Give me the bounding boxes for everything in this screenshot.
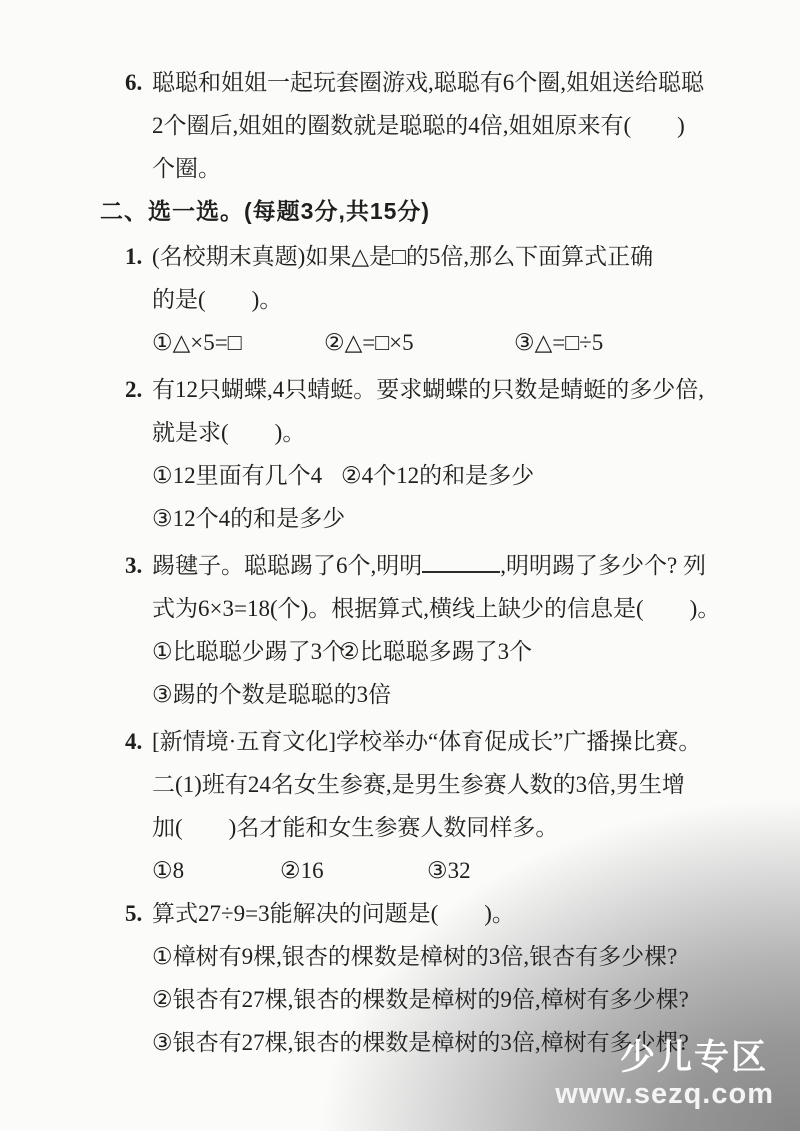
question-3-line-1-pre: 踢毽子。聪聪踢了6个,明明	[152, 553, 422, 578]
question-1: 1. (名校期末真题)如果△是□的5倍,那么下面算式正确 的是( )。 ①△×5…	[125, 235, 770, 364]
question-3-line-1-post: ,明明踢了多少个? 列	[500, 553, 706, 578]
watermark-site-url: www.sezq.com	[555, 1080, 774, 1109]
question-4-option-1: ①8	[152, 849, 280, 892]
question-6-line-1: 聪聪和姐姐一起玩套圈游戏,聪聪有6个圈,姐姐送给聪聪	[152, 61, 770, 104]
question-3-line-2: 式为6×3=18(个)。根据算式,横线上缺少的信息是( )。	[152, 587, 770, 630]
question-4-option-2: ②16	[280, 849, 427, 892]
question-3-number: 3.	[125, 544, 152, 587]
question-3-option-1: ①比聪聪少踢了3个	[152, 630, 339, 673]
question-1-options: ①△×5=□ ②△=□×5 ③△=□÷5	[152, 321, 770, 364]
answer-blank-underline	[422, 567, 500, 573]
question-5-line-1: 算式27÷9=3能解决的问题是( )。	[152, 892, 770, 935]
question-5-option-1: ①樟树有9棵,银杏的棵数是樟树的3倍,银杏有多少棵?	[152, 935, 770, 978]
question-1-option-2: ②△=□×5	[324, 321, 514, 364]
question-1-number: 1.	[125, 235, 152, 278]
question-3: 3. 踢毽子。聪聪踢了6个,明明,明明踢了多少个? 列 式为6×3=18(个)。…	[125, 544, 770, 716]
question-2-options-row-1: ①12里面有几个4 ②4个12的和是多少	[152, 454, 770, 497]
question-4-option-3: ③32	[427, 849, 471, 892]
question-3-options-row-1: ①比聪聪少踢了3个 ②比聪聪多踢了3个	[152, 630, 770, 673]
question-3-line-1: 踢毽子。聪聪踢了6个,明明,明明踢了多少个? 列	[152, 544, 770, 587]
question-4-line-3: 加( )名才能和女生参赛人数同样多。	[152, 806, 770, 849]
question-4-number: 4.	[125, 720, 152, 763]
section-2-header: 二、选一选。(每题3分,共15分)	[100, 190, 770, 233]
question-2-option-3: ③12个4的和是多少	[152, 497, 770, 540]
question-5-number: 5.	[125, 892, 152, 935]
question-4-line-1: [新情境·五育文化]学校举办“体育促成长”广播操比赛。	[152, 720, 770, 763]
question-1-option-3: ③△=□÷5	[514, 321, 603, 364]
question-6: 6. 聪聪和姐姐一起玩套圈游戏,聪聪有6个圈,姐姐送给聪聪 2个圈后,姐姐的圈数…	[125, 61, 770, 190]
question-1-option-1: ①△×5=□	[152, 321, 324, 364]
worksheet-content: 6. 聪聪和姐姐一起玩套圈游戏,聪聪有6个圈,姐姐送给聪聪 2个圈后,姐姐的圈数…	[0, 0, 800, 1064]
watermark-brand: 少儿专区	[620, 1040, 768, 1075]
question-6-line-3: 个圈。	[152, 147, 770, 190]
question-2-line-2: 就是求( )。	[152, 411, 770, 454]
question-3-option-2: ②比聪聪多踢了3个	[339, 630, 532, 673]
question-5-option-2: ②银杏有27棵,银杏的棵数是樟树的9倍,樟树有多少棵?	[152, 978, 770, 1021]
question-2-number: 2.	[125, 368, 152, 411]
question-6-number: 6.	[125, 61, 152, 104]
question-4: 4. [新情境·五育文化]学校举办“体育促成长”广播操比赛。 二(1)班有24名…	[125, 720, 770, 892]
question-2-option-1: ①12里面有几个4	[152, 454, 341, 497]
question-4-line-2: 二(1)班有24名女生参赛,是男生参赛人数的3倍,男生增	[152, 763, 770, 806]
question-1-line-2: 的是( )。	[152, 278, 770, 321]
question-2-line-1: 有12只蝴蝶,4只蜻蜓。要求蝴蝶的只数是蜻蜓的多少倍,	[152, 368, 770, 411]
question-3-option-3: ③踢的个数是聪聪的3倍	[152, 673, 770, 716]
question-2: 2. 有12只蝴蝶,4只蜻蜓。要求蝴蝶的只数是蜻蜓的多少倍, 就是求( )。 ①…	[125, 368, 770, 540]
question-2-option-2: ②4个12的和是多少	[341, 454, 534, 497]
question-4-options: ①8 ②16 ③32	[152, 849, 770, 892]
question-1-line-1: (名校期末真题)如果△是□的5倍,那么下面算式正确	[152, 235, 770, 278]
question-6-line-2: 2个圈后,姐姐的圈数就是聪聪的4倍,姐姐原来有( )	[152, 104, 770, 147]
